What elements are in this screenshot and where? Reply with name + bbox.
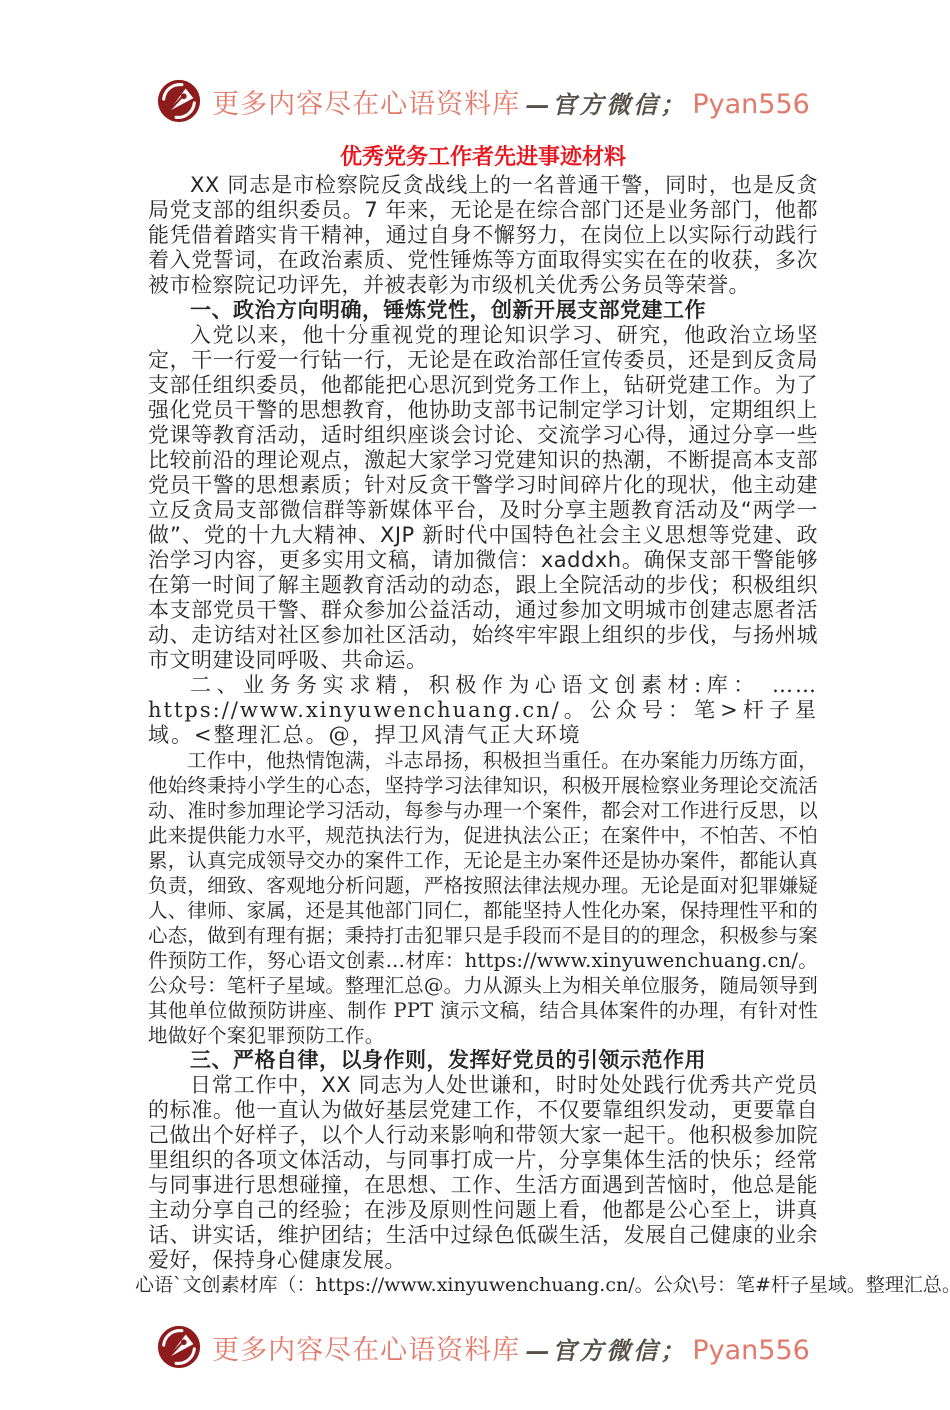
watermark-footnote: 心语`文创素材库（：https://www.xinyuwenchuang.cn/… xyxy=(135,1273,824,1298)
pen-nib-seal-icon xyxy=(156,78,202,124)
footer-brand: 更多内容尽在心语资料库 —官方微信； Pyan556 xyxy=(148,1324,818,1370)
pen-nib-seal-icon xyxy=(156,1324,202,1370)
header-brand: 更多内容尽在心语资料库 —官方微信； Pyan556 xyxy=(148,0,818,124)
section2-heading: 二、业务务实求精，积极作为心语文创素材:库： ……https://www.xin… xyxy=(148,673,818,748)
brand-text-main: 更多内容尽在心语资料库 xyxy=(212,1335,520,1366)
section2-paragraph: 工作中，他热情饱满，斗志昂扬，积极担当重任。在办案能力历练方面，他始终秉持小学生… xyxy=(148,748,818,1048)
document-page: 更多内容尽在心语资料库 —官方微信； Pyan556 优秀党务工作者先进事迹材料… xyxy=(0,0,950,1410)
brand-text-script: —官方微信； xyxy=(525,90,687,119)
brand-text-script: —官方微信； xyxy=(525,1336,687,1365)
brand-text-main: 更多内容尽在心语资料库 xyxy=(212,89,520,120)
brand-text: 更多内容尽在心语资料库 —官方微信； Pyan556 xyxy=(212,1328,810,1367)
section3-paragraph: 日常工作中，XX 同志为人处世谦和，时时处处践行优秀共产党员的标准。他一直认为做… xyxy=(148,1073,818,1273)
document-title: 优秀党务工作者先进事迹材料 xyxy=(148,140,818,171)
section1-paragraph: 入党以来，他十分重视党的理论知识学习、研究，他政治立场坚定，干一行爱一行钻一行，… xyxy=(148,323,818,673)
brand-wechat-id: Pyan556 xyxy=(692,89,809,120)
section1-heading: 一、政治方向明确，锤炼党性，创新开展支部党建工作 xyxy=(148,298,818,323)
section3-heading: 三、严格自律，以身作则，发挥好党员的引领示范作用 xyxy=(148,1048,818,1073)
intro-paragraph: XX 同志是市检察院反贪战线上的一名普通干警，同时，也是反贪局党支部的组织委员。… xyxy=(148,173,818,298)
brand-wechat-id: Pyan556 xyxy=(692,1335,809,1366)
brand-text: 更多内容尽在心语资料库 —官方微信； Pyan556 xyxy=(212,82,810,121)
